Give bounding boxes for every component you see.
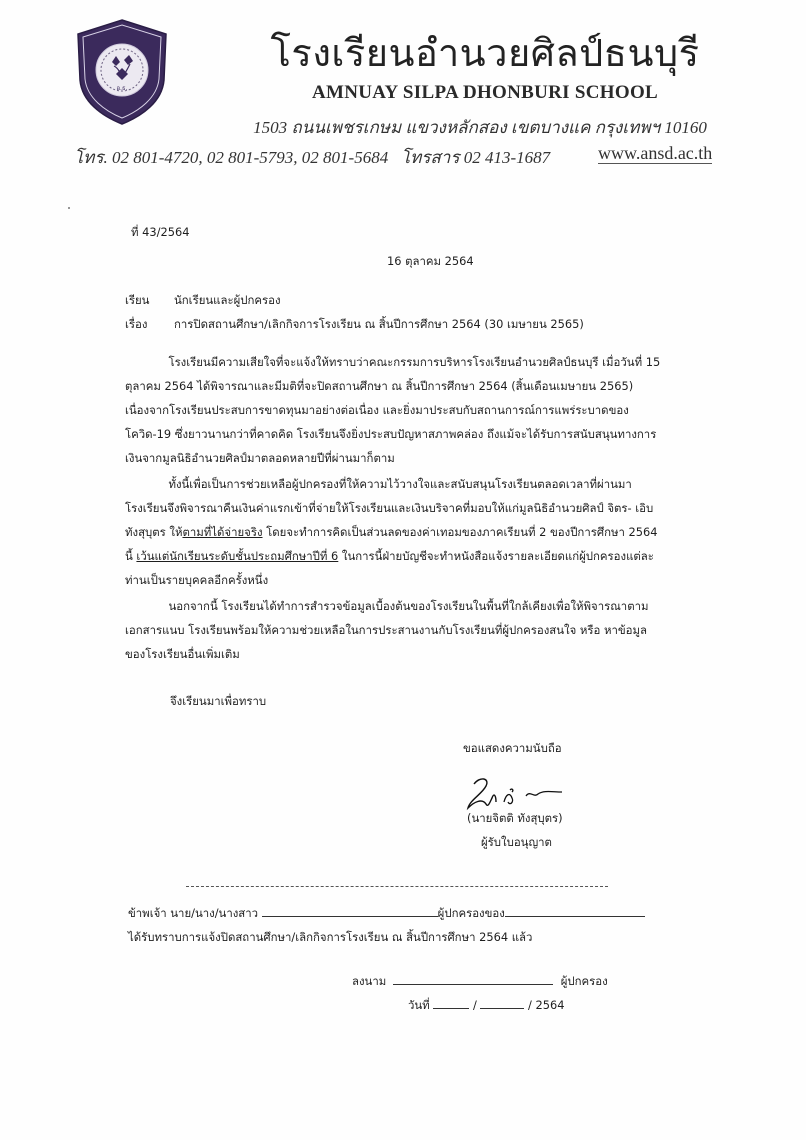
signer-title: ผู้รับใบอนุญาต — [481, 834, 552, 852]
month-field[interactable] — [480, 997, 524, 1009]
school-name-english: AMNUAY SILPA DHONBURI SCHOOL — [215, 82, 755, 104]
fax-number: โทรสาร 02 413-1687 — [401, 148, 550, 167]
signer-name: (นายจิตติ ทังสุบุตร) — [467, 810, 563, 828]
handwritten-signature-icon — [460, 772, 570, 812]
reply-sign-line: ลงนาม ผู้ปกครอง — [352, 973, 608, 991]
to-value: นักเรียนและผู้ปกครอง — [174, 292, 281, 310]
complimentary-close: ขอแสดงความนับถือ — [463, 740, 562, 758]
paragraph-line: ตุลาคม 2564 ได้พิจารณาและมีมติที่จะปิดสถ… — [125, 378, 707, 396]
paragraph-line: โรงเรียนมีความเสียใจที่จะแจ้งให้ทราบว่าค… — [125, 354, 707, 372]
date-year: / 2564 — [528, 998, 564, 1012]
paragraph-line: เอกสารแนบ โรงเรียนพร้อมให้ความช่วยเหลือใ… — [125, 622, 707, 640]
signature-field[interactable] — [393, 973, 553, 985]
date-separator: / — [473, 998, 477, 1012]
subject-label: เรื่อง — [125, 316, 147, 334]
reply-acknowledgement: ได้รับทราบการแจ้งปิดสถานศึกษา/เลิกกิจการ… — [128, 929, 532, 947]
paragraph-line: เงินจากมูลนิธิอำนวยศิลป์มาตลอดหลายปีที่ผ… — [125, 450, 707, 468]
reply-name-label: ข้าพเจ้า นาย/นาง/นางสาว — [128, 906, 258, 920]
reply-guardian-label: ผู้ปกครองของ — [438, 906, 505, 920]
day-field[interactable] — [433, 997, 469, 1009]
paragraph-line: เนื่องจากโรงเรียนประสบการขาดทุนมาอย่างต่… — [125, 402, 707, 420]
text-run: ทังสุบุตร ให้ — [125, 525, 182, 539]
paragraph-line: ของโรงเรียนอื่นเพิ่มเติม — [125, 646, 707, 664]
student-name-field[interactable] — [505, 905, 645, 917]
paragraph-line: โรงเรียนจึงพิจารณาคืนเงินค่าแรกเข้าที่จ่… — [125, 500, 707, 518]
reference-number: ที่ 43/2564 — [131, 224, 189, 242]
school-address: 1503 ถนนเพชรเกษม แขวงหลักสอง เขตบางแค กร… — [200, 114, 760, 141]
letter-page: อ.ธ. โรงเรียนอำนวยศิลป์ธนบุรี AMNUAY SIL… — [0, 0, 806, 1140]
paragraph-line: นี้ เว้นแต่นักเรียนระดับชั้นประถมศึกษาปี… — [125, 548, 707, 566]
school-name-thai: โรงเรียนอำนวยศิลป์ธนบุรี — [215, 22, 755, 83]
underlined-exception: เว้นแต่นักเรียนระดับชั้นประถมศึกษาปีที่ … — [136, 549, 338, 563]
to-label: เรียน — [125, 292, 149, 310]
date-label: วันที่ — [408, 998, 430, 1012]
subject-value: การปิดสถานศึกษา/เลิกกิจการโรงเรียน ณ สิ้… — [174, 316, 584, 334]
reply-line-1: ข้าพเจ้า นาย/นาง/นางสาว ผู้ปกครองของ — [128, 905, 645, 923]
parent-name-field[interactable] — [262, 905, 438, 917]
website-link[interactable]: www.ansd.ac.th — [598, 143, 712, 164]
text-run: ในการนี้ฝ่ายบัญชีจะทำหนังสือแจ้งรายละเอี… — [338, 549, 654, 563]
text-run: โดยจะทำการคิดเป็นส่วนลดของค่าเทอมของภาคเ… — [263, 525, 658, 539]
closing-request: จึงเรียนมาเพื่อทราบ — [170, 693, 266, 711]
paragraph-line: ทั้งนี้เพื่อเป็นการช่วยเหลือผู้ปกครองที่… — [125, 476, 707, 494]
scan-speck — [68, 207, 70, 209]
contact-line: โทร. 02 801-4720, 02 801-5793, 02 801-56… — [74, 144, 734, 171]
paragraph-line: ทังสุบุตร ให้ตามที่ได้จ่ายจริง โดยจะทำกา… — [125, 524, 707, 542]
tear-off-dashed-line — [186, 886, 608, 887]
paragraph-line: ท่านเป็นรายบุคคลอีกครั้งหนึ่ง — [125, 572, 707, 590]
svg-text:อ.ธ.: อ.ธ. — [116, 85, 127, 92]
phone-numbers: โทร. 02 801-4720, 02 801-5793, 02 801-56… — [74, 148, 388, 167]
paragraph-line: โควิด-19 ซึ่งยาวนานกว่าที่คาดคิด โรงเรีย… — [125, 426, 707, 444]
paragraph-line: นอกจากนี้ โรงเรียนได้ทำการสำรวจข้อมูลเบื… — [125, 598, 707, 616]
sign-suffix: ผู้ปกครอง — [561, 974, 608, 988]
sign-label: ลงนาม — [352, 974, 386, 988]
underlined-refund-terms: ตามที่ได้จ่ายจริง — [182, 525, 262, 539]
text-run: นี้ — [125, 549, 136, 563]
reply-date-line: วันที่ / / 2564 — [408, 997, 565, 1015]
letter-date: 16 ตุลาคม 2564 — [387, 253, 474, 271]
school-crest-shield-icon: อ.ธ. — [76, 18, 168, 126]
